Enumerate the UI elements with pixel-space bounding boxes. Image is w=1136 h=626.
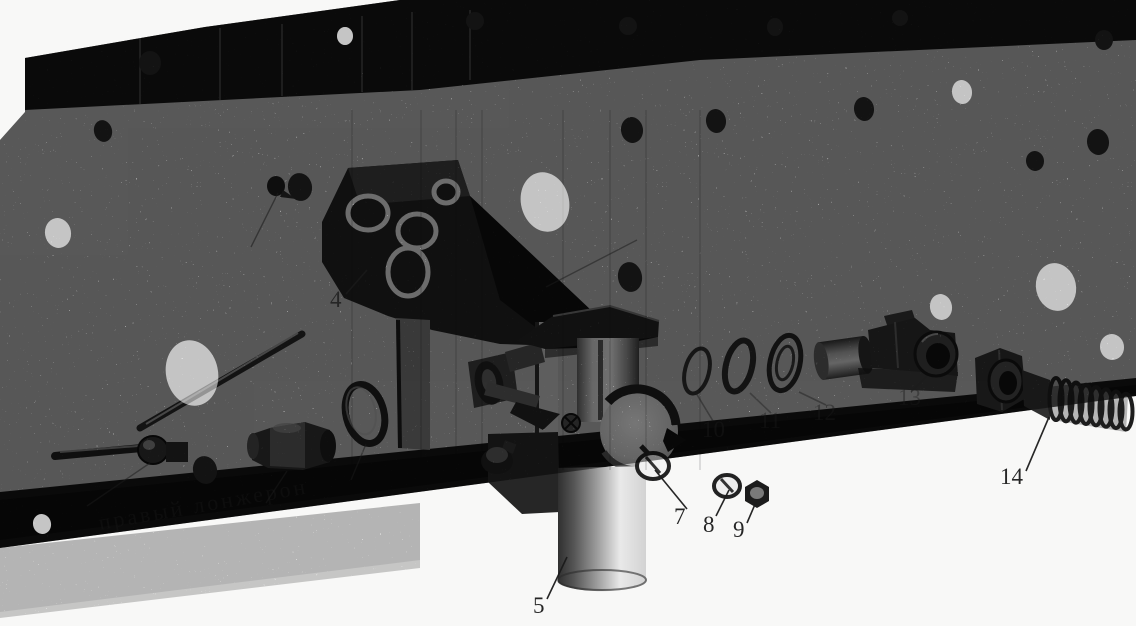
scanned-diagram-page: правый лонжерон 457891011121314 — [0, 0, 1136, 626]
part-label-10: 10 — [702, 417, 725, 442]
rail-hole-glow — [337, 27, 353, 45]
part-label-7: 7 — [674, 504, 686, 529]
part-label-11: 11 — [759, 408, 781, 433]
part-label-9: 9 — [733, 517, 745, 542]
part-label-5: 5 — [533, 593, 545, 618]
part-label-14: 14 — [1000, 464, 1024, 489]
part-label-8: 8 — [703, 512, 715, 537]
part-label-12: 12 — [813, 400, 836, 425]
part-label-4: 4 — [330, 287, 342, 312]
parts-diagram-figure: правый лонжерон 457891011121314 — [0, 0, 1136, 626]
part-label-13: 13 — [898, 385, 921, 410]
